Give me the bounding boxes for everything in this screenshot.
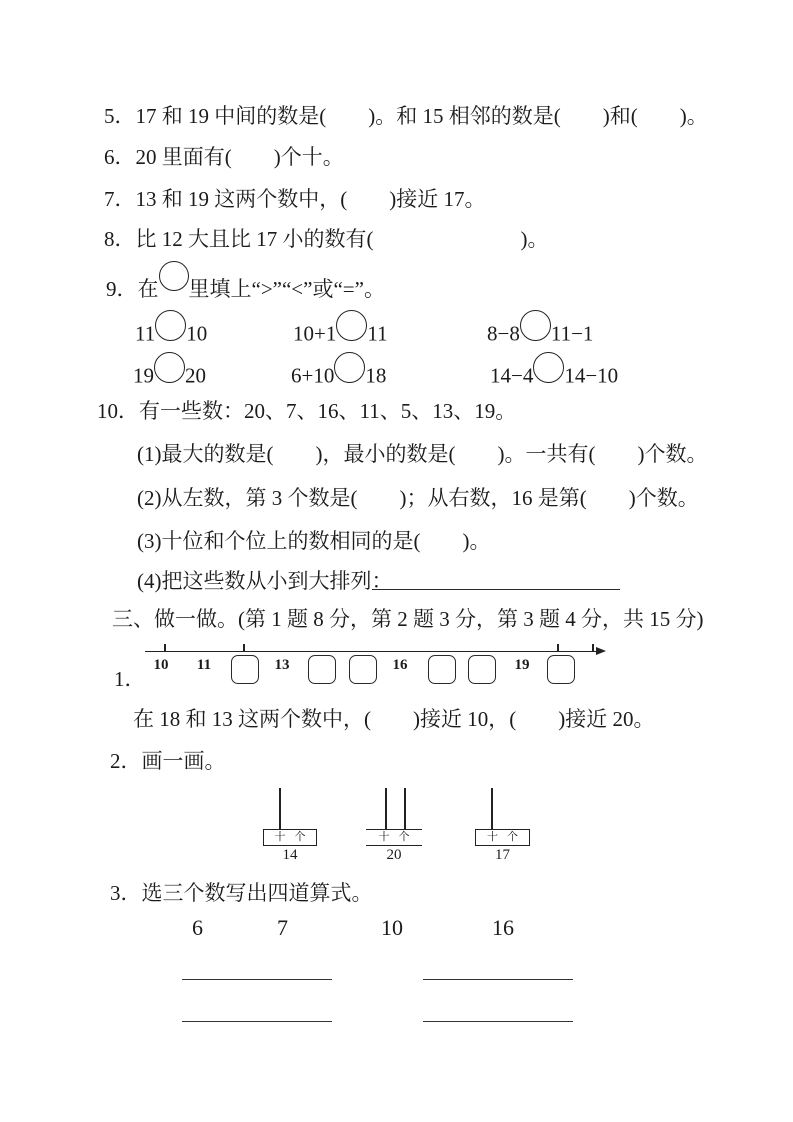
comparison-right: 14−10	[564, 363, 618, 387]
question-2-title: 2．画一画。	[110, 748, 226, 774]
numberline-answer-box[interactable]	[308, 655, 336, 684]
comparison-item: 14−414−10	[490, 362, 618, 393]
q10-sub-1: (1)最大的数是( )，最小的数是( )。一共有( )个数。	[137, 441, 707, 467]
q3-number: 16	[492, 916, 514, 940]
place-value-diagram: 十 个 20	[366, 786, 422, 866]
answer-circle[interactable]	[159, 261, 189, 291]
answer-line[interactable]	[423, 979, 573, 980]
question-3-title: 3．选三个数写出四道算式。	[110, 880, 373, 906]
question-9-prompt: 9．在里填上“>”“<”或“=”。	[106, 276, 385, 306]
answer-circle[interactable]	[533, 352, 564, 383]
tens-label: 十	[379, 832, 390, 843]
question-10-title: 10．有一些数：20、7、16、11、5、13、19。	[97, 398, 516, 424]
question-5-text: 5．17 和 19 中间的数是( )。和 15 相邻的数是( )和( )。	[104, 103, 708, 129]
numberline-answer-box[interactable]	[349, 655, 377, 684]
ones-label: 个	[399, 832, 410, 843]
tens-stick	[279, 788, 281, 829]
numberline-tick	[592, 644, 594, 652]
ones-label: 个	[507, 832, 518, 843]
comparison-right: 18	[365, 363, 386, 387]
numberline-label: 13	[275, 657, 290, 673]
q10-sub-4: (4)把这些数从小到大排列：	[137, 568, 393, 594]
place-value-box[interactable]: 十 个	[475, 829, 530, 846]
question-6-text: 6．20 里面有( )个十。	[104, 144, 344, 170]
numberline-arrow-icon	[596, 647, 606, 655]
comparison-right: 10	[186, 321, 207, 345]
answer-line[interactable]	[182, 1021, 332, 1022]
numberline-label: 19	[515, 657, 530, 673]
sort-answer-line[interactable]	[372, 589, 620, 590]
q3-number: 7	[277, 916, 288, 940]
answer-circle[interactable]	[154, 352, 185, 383]
numberline-answer-box[interactable]	[231, 655, 259, 684]
tens-label: 十	[487, 832, 498, 843]
diagram-number: 14	[263, 847, 317, 863]
comparison-left: 14−4	[490, 363, 533, 387]
comparison-left: 11	[135, 321, 155, 345]
tens-stick	[491, 788, 493, 829]
q1-number-label: 1．	[114, 666, 146, 692]
section-3-title: 三、做一做。(第 1 题 8 分，第 2 题 3 分，第 3 题 4 分，共 1…	[112, 606, 704, 632]
answer-circle[interactable]	[155, 310, 186, 341]
comparison-item: 1920	[133, 362, 206, 393]
question-7-text: 7．13 和 19 这两个数中，( )接近 17。	[104, 186, 486, 212]
ones-label: 个	[295, 832, 306, 843]
comparison-item: 6+1018	[291, 362, 386, 393]
comparison-left: 19	[133, 363, 154, 387]
place-value-diagram: 十 个 17	[475, 786, 530, 866]
diagram-number: 17	[475, 847, 530, 863]
comparison-item: 8−811−1	[487, 320, 593, 351]
q3-number: 10	[381, 916, 403, 940]
diagram-number: 20	[366, 847, 422, 863]
tens-stick	[404, 788, 406, 829]
numberline-tick	[557, 644, 559, 652]
q10-sub-3: (3)十位和个位上的数相同的是( )。	[137, 528, 490, 554]
q10-sub-2: (2)从左数，第 3 个数是( )；从右数，16 是第( )个数。	[137, 485, 699, 511]
tens-stick	[385, 788, 387, 829]
comparison-right: 20	[185, 363, 206, 387]
answer-circle[interactable]	[336, 310, 367, 341]
question-8-text: 8．比 12 大且比 17 小的数有( )。	[104, 226, 549, 252]
answer-circle[interactable]	[334, 352, 365, 383]
q9-prompt-after: 里填上“>”“<”或“=”。	[189, 277, 385, 301]
numberline-axis	[145, 651, 597, 652]
answer-circle[interactable]	[520, 310, 551, 341]
q1-followup-text: 在 18 和 13 这两个数中，( )接近 10，( )接近 20。	[133, 706, 654, 732]
numberline-label: 10	[154, 657, 169, 673]
numberline-label: 11	[197, 657, 211, 673]
numberline-answer-box[interactable]	[468, 655, 496, 684]
q9-prompt-before: 9．在	[106, 277, 159, 301]
tens-label: 十	[275, 832, 286, 843]
comparison-item: 10+111	[293, 320, 388, 351]
numberline-tick	[243, 644, 245, 652]
place-value-box[interactable]: 十 个	[263, 829, 317, 846]
q3-number: 6	[192, 916, 203, 940]
comparison-right: 11−1	[551, 321, 594, 345]
numberline-answer-box[interactable]	[428, 655, 456, 684]
answer-line[interactable]	[182, 979, 332, 980]
worksheet-page: 5．17 和 19 中间的数是( )。和 15 相邻的数是( )和( )。 6．…	[0, 0, 793, 1122]
numberline-answer-box[interactable]	[547, 655, 575, 684]
comparison-right: 11	[367, 321, 387, 345]
comparison-item: 1110	[135, 320, 207, 351]
place-value-diagram: 十 个 14	[263, 786, 317, 866]
numberline-label: 16	[393, 657, 408, 673]
comparison-left: 6+10	[291, 363, 334, 387]
answer-line[interactable]	[423, 1021, 573, 1022]
place-value-box[interactable]: 十 个	[366, 829, 422, 846]
comparison-left: 10+1	[293, 321, 336, 345]
numberline-tick	[164, 644, 166, 652]
comparison-left: 8−8	[487, 321, 520, 345]
